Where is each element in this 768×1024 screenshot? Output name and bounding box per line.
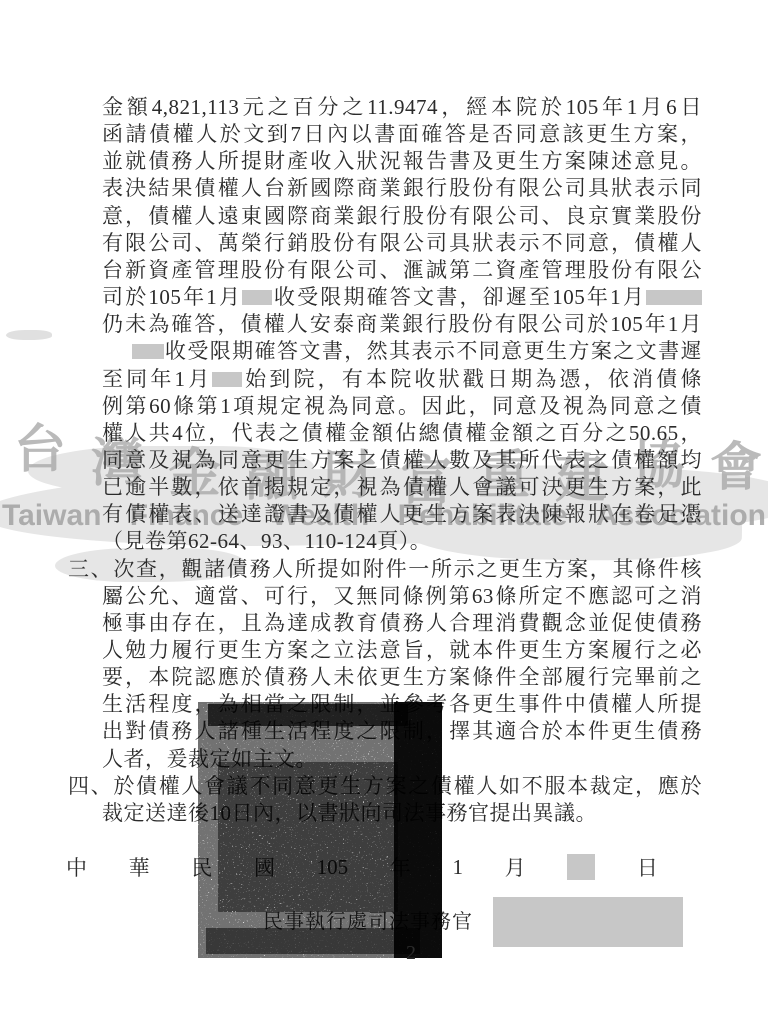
document-line: 人者，爰裁定如主文。 xyxy=(102,746,702,773)
text-segment: 生活程度，為相當之限制，並參考各更生事件中債權人所提 xyxy=(102,692,702,716)
text-segment: 四、於債權人會議不同意更生方案之債權人如不服本裁定，應於 xyxy=(68,774,702,798)
document-line: 要，本院認應於債務人未依更生方案條件全部履行完畢前之 xyxy=(102,664,702,691)
document-line: （見卷第62-64、93、110-124頁）。 xyxy=(102,528,702,555)
document-line: 例第60條第1項規定視為同意。因此，同意及視為同意之債 xyxy=(102,393,702,420)
page-number: 2 xyxy=(406,942,416,965)
text-segment: 出對債務人諸種生活程度之限制，擇其適合於本件更生債務 xyxy=(102,719,702,743)
redaction-box xyxy=(212,372,242,387)
document-line: 並就債務人所提財產收入狀況報告書及更生方案陳述意見。 xyxy=(102,148,702,175)
text-segment: 函請債權人於文到7日內以書面確答是否同意該更生方案， xyxy=(102,122,702,146)
text-segment: 至同年1月 xyxy=(102,367,212,391)
text-segment: 例第60條第1項規定視為同意。因此，同意及視為同意之債 xyxy=(102,394,702,418)
date-part: 民 xyxy=(191,852,212,882)
date-part: 105 xyxy=(317,855,349,880)
document-line: 裁定送達後10日內，以書狀向司法事務官提出異議。 xyxy=(102,800,702,827)
redaction-box xyxy=(132,344,164,359)
document-line: 司於105年1月收受限期確答文書，卻遲至105年1月 xyxy=(102,284,702,311)
text-segment: 同意及視為同意更生方案之債權人數及其所代表之債權額均 xyxy=(102,448,702,472)
text-segment: （見卷第62-64、93、110-124頁）。 xyxy=(102,529,431,553)
date-part: 中 xyxy=(66,852,87,882)
document-line: 仍未為確答，債權人安泰商業銀行股份有限公司於105年1月 xyxy=(102,311,702,338)
date-part: 1 xyxy=(452,855,463,880)
document-line: 同意及視為同意更生方案之債權人數及其所代表之債權額均 xyxy=(102,447,702,474)
document-line: 表決結果債權人台新國際商業銀行股份有限公司具狀表示同 xyxy=(102,175,702,202)
text-segment: 始到院，有本院收狀戳日期為憑，依消債條 xyxy=(242,367,702,391)
redaction-box xyxy=(242,290,272,305)
document-line: 三、次查，觀諸債務人所提如附件一所示之更生方案，其條件核 xyxy=(68,556,702,583)
text-segment: 有債權表、送達證書及債權人更生方案表決陳報狀在卷足憑 xyxy=(102,502,702,526)
document-line: 至同年1月始到院，有本院收狀戳日期為憑，依消債條 xyxy=(102,366,702,393)
document-line: 有債權表、送達證書及債權人更生方案表決陳報狀在卷足憑 xyxy=(102,501,702,528)
text-segment: 人者，爰裁定如主文。 xyxy=(102,747,317,771)
document-line: 生活程度，為相當之限制，並參考各更生事件中債權人所提 xyxy=(102,691,702,718)
text-segment: 極事由存在，且為達成教育債務人合理消費觀念並促使債務 xyxy=(102,611,702,635)
document-line: 函請債權人於文到7日內以書面確答是否同意該更生方案， xyxy=(102,121,702,148)
text-segment: 意，債權人遠東國際商業銀行股份有限公司、良京實業股份 xyxy=(102,204,702,228)
text-segment: 司於105年1月 xyxy=(102,285,242,309)
date-redaction xyxy=(567,854,595,880)
scanned-court-ruling-page: 台灣金融財富重建協會 TaiwanFinanceWealthRehabilita… xyxy=(0,0,768,1024)
date-part: 國 xyxy=(254,852,275,882)
text-segment: 人勉力履行更生方案之立法意旨，就本件更生方案履行之必 xyxy=(102,638,702,662)
document-line: 屬公允、適當、可行，又無同條例第63條所定不應認可之消 xyxy=(102,583,702,610)
text-segment: 收受限期確答文書，卻遲至105年1月 xyxy=(272,285,646,309)
text-segment: 要，本院認應於債務人未依更生方案條件全部履行完畢前之 xyxy=(102,665,702,689)
date-part: 月 xyxy=(505,852,526,882)
document-line: 四、於債權人會議不同意更生方案之債權人如不服本裁定，應於 xyxy=(68,773,702,800)
signature-redaction xyxy=(493,897,683,947)
text-segment: 三、次查，觀諸債務人所提如附件一所示之更生方案，其條件核 xyxy=(68,557,702,581)
text-segment: 權人共4位，代表之債權金額佔總債權金額之百分之50.65， xyxy=(102,421,702,445)
text-segment: 裁定送達後10日內，以書狀向司法事務官提出異議。 xyxy=(102,801,597,825)
text-segment: 仍未為確答，債權人安泰商業銀行股份有限公司於105年1月 xyxy=(102,312,702,336)
document-line: 收受限期確答文書，然其表示不同意更生方案之文書遲 xyxy=(102,338,702,365)
date-line: 中華民國105年1月日 xyxy=(66,852,658,882)
text-segment: 屬公允、適當、可行，又無同條例第63條所定不應認可之消 xyxy=(102,584,702,608)
document-line: 有限公司、萬榮行銷股份有限公司具狀表示不同意，債權人 xyxy=(102,230,702,257)
date-part: 華 xyxy=(129,852,150,882)
document-line: 權人共4位，代表之債權金額佔總債權金額之百分之50.65， xyxy=(102,420,702,447)
document-line: 人勉力履行更生方案之立法意旨，就本件更生方案履行之必 xyxy=(102,637,702,664)
document-line: 金額4,821,113元之百分之11.9474，經本院於105年1月6日 xyxy=(102,94,702,121)
document-line: 意，債權人遠東國際商業銀行股份有限公司、良京實業股份 xyxy=(102,203,702,230)
text-segment: 台新資產管理股份有限公司、滙誠第二資產管理股份有限公 xyxy=(102,258,702,282)
text-segment: 已逾半數，依首揭規定，視為債權人會議可決更生方案，此 xyxy=(102,475,702,499)
document-line: 已逾半數，依首揭規定，視為債權人會議可決更生方案，此 xyxy=(102,474,702,501)
signature-title: 民事執行處司法事務官 xyxy=(263,905,473,934)
date-part: 年 xyxy=(390,852,411,882)
date-part: 日 xyxy=(637,852,658,882)
text-segment: 表決結果債權人台新國際商業銀行股份有限公司具狀表示同 xyxy=(102,176,702,200)
document-line: 極事由存在，且為達成教育債務人合理消費觀念並促使債務 xyxy=(102,610,702,637)
text-segment: 並就債務人所提財產收入狀況報告書及更生方案陳述意見。 xyxy=(102,149,702,173)
text-segment: 金額4,821,113元之百分之11.9474，經本院於105年1月6日 xyxy=(102,95,702,119)
text-segment: 有限公司、萬榮行銷股份有限公司具狀表示不同意，債權人 xyxy=(102,231,702,255)
document-line: 台新資產管理股份有限公司、滙誠第二資產管理股份有限公 xyxy=(102,257,702,284)
redaction-box xyxy=(646,290,702,305)
document-line: 出對債務人諸種生活程度之限制，擇其適合於本件更生債務 xyxy=(102,718,702,745)
text-segment: 收受限期確答文書，然其表示不同意更生方案之文書遲 xyxy=(164,339,702,363)
